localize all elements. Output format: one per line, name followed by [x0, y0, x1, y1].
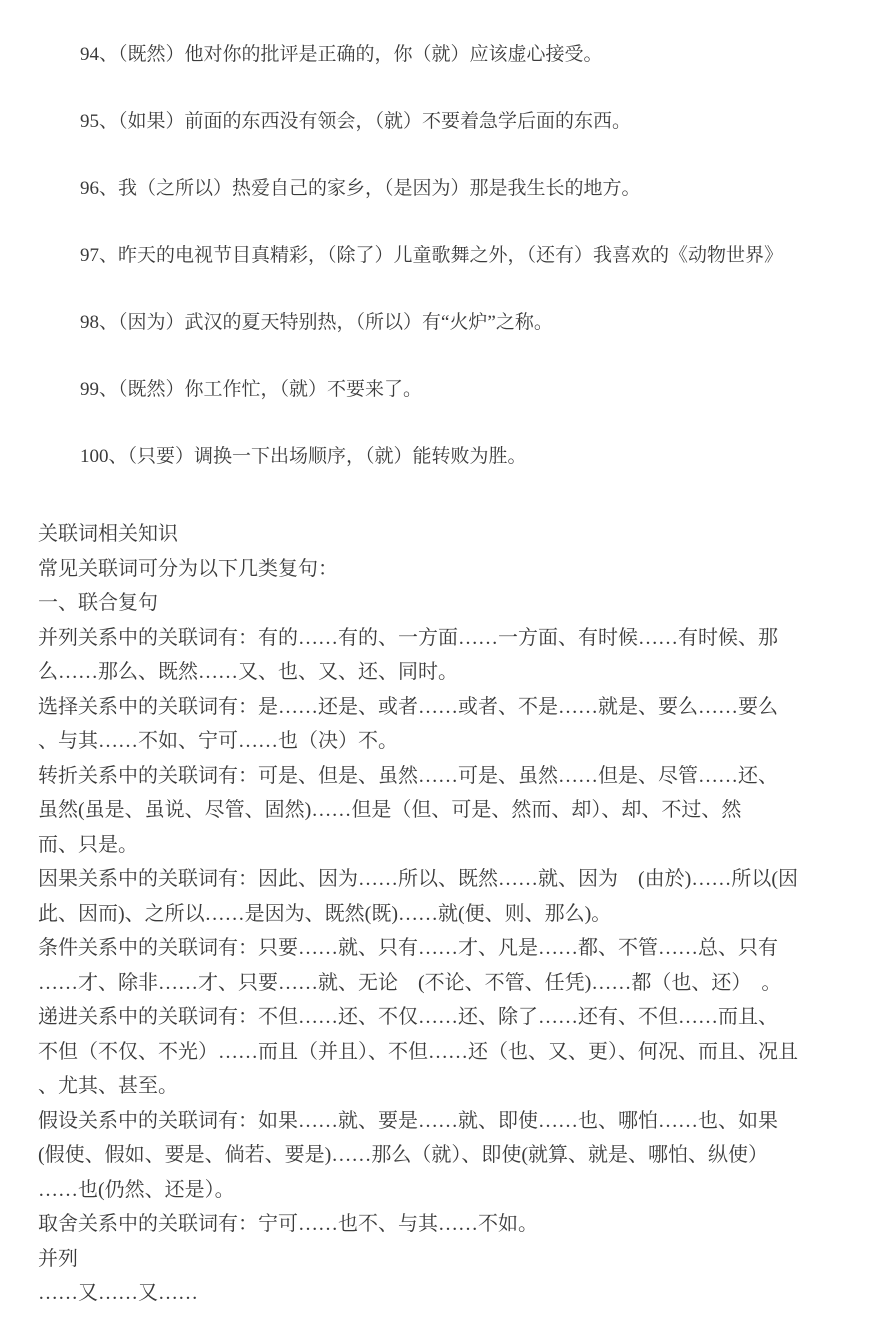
knowledge-line: 取舍关系中的关联词有：宁可……也不、与其……不如。	[38, 1207, 866, 1242]
knowledge-line: 、尤其、甚至。	[38, 1069, 866, 1104]
knowledge-line: 不但（不仅、不光）……而且（并且）、不但……还（也、又、更）、何况、而且、况且	[38, 1035, 866, 1070]
knowledge-line: ……也(仍然、还是）。	[38, 1173, 866, 1208]
knowledge-line: ……才、除非……才、只要……就、无论 (不论、不管、任凭)……都（也、还） 。	[38, 966, 866, 1001]
document-page: 94、（既然）他对你的批评是正确的，你（就）应该虚心接受。 95、（如果）前面的…	[0, 0, 870, 1324]
section-title: 关联词相关知识	[38, 517, 866, 552]
knowledge-line: (假使、假如、要是、倘若、要是)……那么（就）、即使(就算、就是、哪怕、纵使）	[38, 1138, 866, 1173]
knowledge-line: 选择关系中的关联词有：是……还是、或者……或者、不是……就是、要么……要么	[38, 690, 866, 725]
exercise-item-98: 98、（因为）武汉的夏天特别热，（所以）有“火炉”之称。	[80, 312, 866, 334]
knowledge-line: 而、只是。	[38, 828, 866, 863]
exercise-item-97: 97、昨天的电视节目真精彩，（除了）儿童歌舞之外，（还有）我喜欢的《动物世界》	[80, 245, 866, 267]
exercise-item-95: 95、（如果）前面的东西没有领会，（就）不要着急学后面的东西。	[80, 111, 866, 133]
knowledge-line: 因果关系中的关联词有：因此、因为……所以、既然……就、因为 (由於)……所以(因	[38, 862, 866, 897]
knowledge-line: 假设关系中的关联词有：如果……就、要是……就、即使……也、哪怕……也、如果	[38, 1104, 866, 1139]
knowledge-line: 虽然(虽是、虽说、尽管、固然)……但是（但、可是、然而、却）、却、不过、然	[38, 793, 866, 828]
knowledge-line: 么……那么、既然……又、也、又、还、同时。	[38, 655, 866, 690]
knowledge-line: 并列	[38, 1242, 866, 1277]
knowledge-line: 条件关系中的关联词有：只要……就、只有……才、凡是……都、不管……总、只有	[38, 931, 866, 966]
knowledge-line: 并列关系中的关联词有：有的……有的、一方面……一方面、有时候……有时候、那	[38, 621, 866, 656]
knowledge-line: 递进关系中的关联词有：不但……还、不仅……还、除了……还有、不但……而且、	[38, 1000, 866, 1035]
knowledge-line: 一、联合复句	[38, 586, 866, 621]
exercise-item-94: 94、（既然）他对你的批评是正确的，你（就）应该虚心接受。	[80, 44, 866, 66]
knowledge-section: 关联词相关知识 常见关联词可分为以下几类复句： 一、联合复句 并列关系中的关联词…	[0, 513, 870, 1311]
knowledge-line: 转折关系中的关联词有：可是、但是、虽然……可是、虽然……但是、尽管……还、	[38, 759, 866, 794]
knowledge-line: 、与其……不如、宁可……也（决）不。	[38, 724, 866, 759]
knowledge-line: 此、因而)、之所以……是因为、既然(既)……就(便、则、那么)。	[38, 897, 866, 932]
exercise-item-96: 96、我（之所以）热爱自己的家乡，（是因为）那是我生长的地方。	[80, 178, 866, 200]
exercise-item-99: 99、（既然）你工作忙，（就）不要来了。	[80, 379, 866, 401]
knowledge-line: ……又……又……	[38, 1276, 866, 1311]
knowledge-line: 常见关联词可分为以下几类复句：	[38, 552, 866, 587]
exercise-item-100: 100、（只要）调换一下出场顺序，（就）能转败为胜。	[80, 446, 866, 468]
exercise-list: 94、（既然）他对你的批评是正确的，你（就）应该虚心接受。 95、（如果）前面的…	[0, 0, 870, 468]
